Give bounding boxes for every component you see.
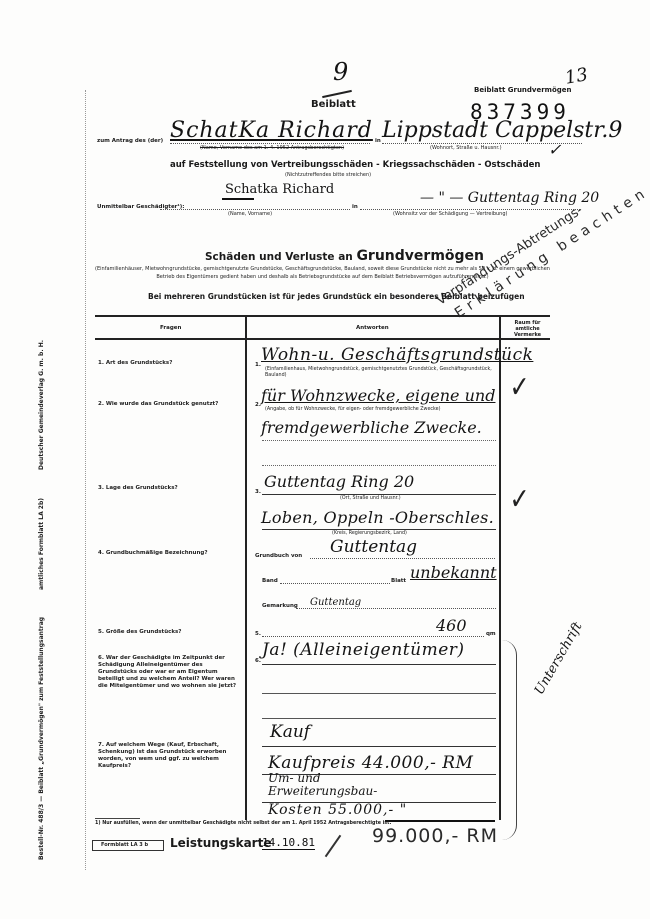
applicant-name-line bbox=[170, 143, 370, 144]
table-top-border bbox=[95, 315, 550, 317]
injured-name-underline bbox=[222, 198, 254, 200]
total-amount: 99.000,- RM bbox=[372, 825, 498, 847]
header-remarks: Raum für amtliche Vermerke bbox=[505, 320, 550, 338]
page-number-note: 9 bbox=[333, 58, 348, 86]
answer-7-line1-rule bbox=[262, 746, 496, 747]
side-form-ref-text: amtliches Formblatt LA 2b) bbox=[38, 498, 45, 590]
injured-in-label: in bbox=[352, 204, 358, 210]
answer-7-line1: Kauf bbox=[270, 722, 310, 742]
answer-3-line2: Loben, Oppeln -Oberschles. bbox=[261, 508, 494, 527]
answer-3-number: 3. bbox=[255, 489, 261, 495]
card-date: 14.10.81 bbox=[262, 836, 315, 850]
page-number-underline bbox=[322, 90, 352, 98]
form-code: Formblatt LA 3 b bbox=[101, 842, 148, 848]
answer-6-line2-rule bbox=[262, 693, 496, 694]
answer-4-gemarkung-label: Gemarkung bbox=[262, 603, 298, 609]
injured-address-line bbox=[360, 209, 580, 210]
answer-4-blatt-label: Blatt bbox=[391, 578, 406, 584]
applicant-address: Lippstadt Cappelstr.9 bbox=[382, 118, 622, 143]
answer-2-line2-rule bbox=[262, 440, 496, 441]
section-instruction: Bei mehreren Grundstücken ist für jedes … bbox=[148, 292, 525, 301]
answer-3-line1-rule bbox=[262, 494, 496, 495]
answer-6-number: 6. bbox=[255, 658, 261, 664]
remark-1-checkmark: ✓ bbox=[510, 370, 530, 405]
applicant-prefix-label: zum Antrag des (der) bbox=[97, 138, 163, 144]
page-title: Beiblatt bbox=[311, 99, 356, 110]
question-5: 5. Größe des Grundstücks? bbox=[98, 629, 182, 636]
footnote: 1) Nur ausfüllen, wenn der unmittelbar G… bbox=[95, 821, 391, 826]
answer-6-value: Ja! (Alleineigentümer) bbox=[262, 640, 465, 660]
card-label: Leistungskarte bbox=[170, 836, 271, 850]
footnote-rule bbox=[95, 818, 140, 819]
question-4: 4. Grundbuchmäßige Bezeichnung? bbox=[98, 550, 208, 557]
subject-line: auf Feststellung von Vertreibungsschäden… bbox=[170, 160, 540, 170]
table-header-border bbox=[95, 338, 550, 340]
remark-brace bbox=[502, 640, 517, 840]
applicant-name-caption: (Name, Vorname des am 1. 4. 1952 Antrags… bbox=[200, 145, 344, 151]
table-divider-answers bbox=[245, 315, 247, 820]
question-7: 7. Auf welchem Wege (Kauf, Erbschaft, Sc… bbox=[98, 742, 238, 770]
injured-name-caption: (Name, Vorname) bbox=[228, 211, 272, 217]
side-publisher-text: Deutscher Gemeindeverlag G. m. b. H. bbox=[38, 340, 45, 470]
answer-5-unit: qm bbox=[486, 631, 496, 637]
answer-3-caption1: (Ort, Straße und Hausnr.) bbox=[340, 496, 401, 501]
answer-5-number: 5. bbox=[255, 631, 261, 637]
answer-7-line2: Kaufpreis 44.000,- RM bbox=[268, 753, 473, 773]
question-2: 2. Wie wurde das Grundstück genutzt? bbox=[98, 401, 218, 408]
answer-3-line2-rule bbox=[262, 529, 496, 530]
section-note: (Einfamilienhäuser, Mietwohngrundstücke,… bbox=[90, 265, 555, 281]
form-type-label: Beiblatt Grundvermögen bbox=[474, 86, 572, 94]
injured-name-line bbox=[160, 209, 350, 210]
injured-name: Schatka Richard bbox=[225, 182, 334, 197]
injured-address-caption: (Wohnsitz vor der Schädigung — Vertreibu… bbox=[393, 211, 507, 217]
applicant-in-label: in bbox=[375, 138, 381, 144]
answer-4-grundbuch-value: Guttentag bbox=[330, 537, 417, 557]
answer-4-gemarkung-line bbox=[296, 608, 496, 609]
side-order-text: Bestell-Nr. 488/3 — Beiblatt „Grundvermö… bbox=[38, 617, 45, 860]
applicant-address-caption: (Wohnort, Straße u. Hausnr.) bbox=[430, 145, 502, 151]
injured-address: — " — Guttentag Ring 20 bbox=[420, 190, 599, 206]
answer-4-band-line bbox=[280, 583, 390, 584]
answer-2-caption: (Angabe, ob für Wohnzwecke, für eigen- o… bbox=[265, 407, 440, 412]
form-code-box: Formblatt LA 3 b bbox=[92, 840, 164, 851]
answer-1: Wohn-u. Geschäftsgrundstück bbox=[261, 345, 533, 365]
left-margin-rule bbox=[85, 90, 86, 870]
header-questions: Fragen bbox=[160, 325, 181, 331]
answer-7-line3: Um- und Erweiterungsbau- bbox=[268, 772, 408, 798]
answer-4-grundbuch-label: Grundbuch von bbox=[255, 553, 302, 559]
answer-2-blank-rule bbox=[262, 465, 496, 466]
section-title-main: Grundvermögen bbox=[356, 248, 484, 264]
answer-3-caption2: (Kreis, Regierungsbezirk, Land) bbox=[332, 531, 407, 536]
remark-3-checkmark: ✓ bbox=[510, 482, 530, 517]
answer-6-line1-rule bbox=[262, 664, 496, 665]
applicant-name: SchatKa Richard bbox=[170, 118, 373, 143]
answer-7-line4: Kosten 55.000,- " bbox=[268, 802, 407, 818]
remark-signature: Unterschrift bbox=[532, 620, 586, 698]
answer-5-value: 460 bbox=[436, 616, 467, 635]
table-divider-remarks bbox=[499, 315, 501, 820]
answer-4-grundbuch-line bbox=[310, 558, 495, 559]
answer-1-caption: (Einfamilienhaus, Mietwohngrundstück, ge… bbox=[265, 367, 493, 379]
answer-4-band-label: Band bbox=[262, 578, 278, 584]
answer-2-line1: für Wohnzwecke, eigene und bbox=[261, 386, 495, 405]
address-checkmark: ✓ bbox=[548, 140, 561, 159]
answer-2-line2: fremdgewerbliche Zwecke. bbox=[261, 418, 482, 437]
section-title: Schäden und Verluste an Grundvermögen bbox=[205, 245, 484, 264]
section-title-prefix: Schäden und Verluste an bbox=[205, 251, 356, 263]
answer-4-blatt-value: unbekannt bbox=[410, 563, 497, 582]
approval-scribble bbox=[325, 835, 342, 857]
answer-5-line bbox=[262, 636, 484, 637]
question-3: 3. Lage des Grundstücks? bbox=[98, 485, 178, 492]
header-answers: Antworten bbox=[356, 325, 389, 331]
answer-7-sum-rule bbox=[385, 820, 495, 822]
answer-6-line3-rule bbox=[262, 718, 496, 719]
question-1: 1. Art des Grundstücks? bbox=[98, 360, 172, 367]
subject-note: (Nichtzutreffendes bitte streichen) bbox=[285, 172, 371, 178]
answer-4-gemarkung-value: Guttentag bbox=[310, 597, 361, 608]
question-6: 6. War der Geschädigte im Zeitpunkt der … bbox=[98, 655, 238, 690]
answer-3-line1: Guttentag Ring 20 bbox=[264, 472, 414, 491]
